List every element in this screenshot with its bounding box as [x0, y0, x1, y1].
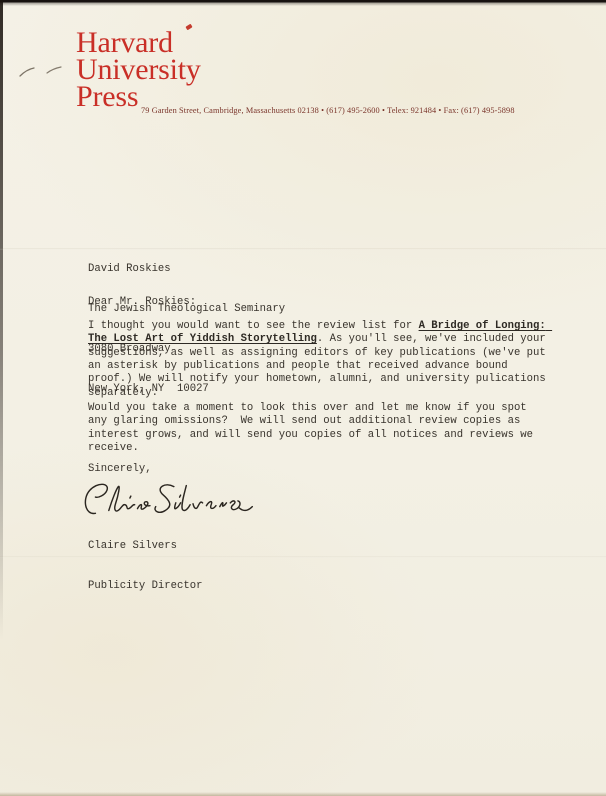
letter-paragraph-1: I thought you would want to see the revi… — [88, 320, 550, 400]
letterhead-address: 79 Garden Street, Cambridge, Massachuset… — [141, 106, 515, 115]
harvard-university-press-logo: Harvard University Press — [76, 29, 201, 110]
signature-block: Claire Silvers Publicity Director — [88, 513, 202, 620]
logo-line: Harvard — [76, 29, 201, 56]
logo-line: University — [76, 56, 201, 83]
closing: Sincerely, — [88, 463, 152, 476]
scanned-letter: Harvard University Press 79 Garden Stree… — [0, 0, 606, 796]
scan-edge-top — [0, 0, 606, 6]
pencil-mark — [16, 58, 68, 84]
signature-name: Claire Silvers — [88, 540, 202, 553]
paragraph-text: I thought you would want to see the revi… — [88, 320, 419, 332]
scan-edge-left — [0, 0, 3, 640]
salutation: Dear Mr. Roskies: — [88, 296, 196, 309]
letter-paragraph-2: Would you take a moment to look this ove… — [88, 402, 550, 455]
scan-edge-bottom — [0, 792, 606, 796]
recipient-line: David Roskies — [88, 263, 285, 276]
signature-title: Publicity Director — [88, 580, 202, 593]
